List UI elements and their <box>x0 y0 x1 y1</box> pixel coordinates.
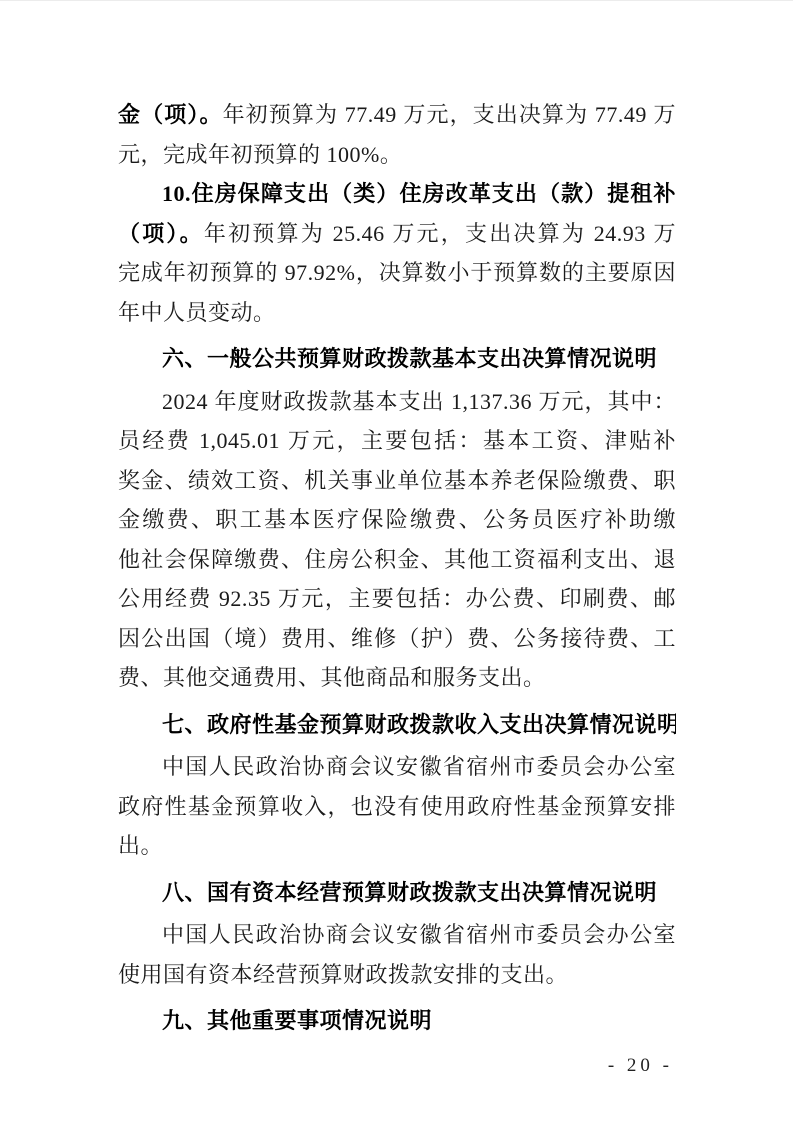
text-run: 奖金、绩效工资、机关事业单位基本养老保险缴费、职业年 <box>118 468 676 501</box>
text-line: 金（项）。年初预算为 77.49 万元，支出决算为 77.49 万 <box>118 95 676 135</box>
text-run: 中国人民政治协商会议安徽省宿州市委员会办公室没有 <box>162 754 676 787</box>
section-heading: 七、政府性基金预算财政拨款收入支出决算情况说明 <box>118 705 676 745</box>
page-number: - 20 - <box>608 1054 673 1078</box>
text-run: 2024 年度财政拨款基本支出 1,137.36 万元，其中：人 <box>162 389 676 422</box>
section-heading: 八、国有资本经营预算财政拨款支出决算情况说明 <box>118 873 676 913</box>
text-line: 因公出国（境）费用、维修（护）费、公务接待费、工会经 <box>118 619 676 659</box>
text-run: 政府性基金预算收入，也没有使用政府性基金预算安排的支 <box>118 794 676 827</box>
text-run: 年初预算为 77.49 万元，支出决算为 77.49 万 <box>223 102 676 127</box>
bold-text-run: （项）。 <box>118 221 204 246</box>
text-run: 元，完成年初预算的 100%。 <box>118 142 402 167</box>
text-run: 金缴费、职工基本医疗保险缴费、公务员医疗补助缴费、其 <box>118 507 676 540</box>
text-line: 费、其他交通费用、其他商品和服务支出。 <box>118 658 676 698</box>
text-line: 年中人员变动。 <box>118 293 676 333</box>
text-line: 完成年初预算的 97.92%，决算数小于预算数的主要原因是： <box>118 253 676 293</box>
text-run: 费、其他交通费用、其他商品和服务支出。 <box>118 665 546 690</box>
text-line: 金缴费、职工基本医疗保险缴费、公务员医疗补助缴费、其 <box>118 500 676 540</box>
text-line: 公用经费 92.35 万元，主要包括：办公费、印刷费、邮电费、 <box>118 579 676 619</box>
text-line: 他社会保障缴费、住房公积金、其他工资福利支出、退休费； <box>118 540 676 580</box>
text-run: 使用国有资本经营预算财政拨款安排的支出。 <box>118 962 568 987</box>
text-line: 中国人民政治协商会议安徽省宿州市委员会办公室没有 <box>118 747 676 787</box>
text-line: 中国人民政治协商会议安徽省宿州市委员会办公室没有 <box>118 915 676 955</box>
text-line: 10.住房保障支出（类）住房改革支出（款）提租补贴 <box>118 174 676 214</box>
bold-text-run: 10.住房保障支出（类）住房改革支出（款）提租补贴 <box>162 181 676 214</box>
text-line: 出。 <box>118 826 676 866</box>
text-run: 出。 <box>118 833 163 858</box>
text-run: 员经费 1,045.01 万元，主要包括：基本工资、津贴补贴、 <box>118 428 676 461</box>
text-run: 中国人民政治协商会议安徽省宿州市委员会办公室没有 <box>162 922 676 955</box>
text-line: 政府性基金预算收入，也没有使用政府性基金预算安排的支 <box>118 787 676 827</box>
bold-text-run: 金（项）。 <box>118 102 223 127</box>
text-line: 2024 年度财政拨款基本支出 1,137.36 万元，其中：人 <box>118 382 676 422</box>
section-heading: 九、其他重要事项情况说明 <box>118 1001 676 1041</box>
text-run: 完成年初预算的 97.92%，决算数小于预算数的主要原因是： <box>118 260 676 293</box>
text-run: 年中人员变动。 <box>118 300 276 325</box>
text-line: 使用国有资本经营预算财政拨款安排的支出。 <box>118 955 676 995</box>
text-line: 元，完成年初预算的 100%。 <box>118 135 676 175</box>
text-line: （项）。年初预算为 25.46 万元，支出决算为 24.93 万元， <box>118 214 676 254</box>
document-body: 金（项）。年初预算为 77.49 万元，支出决算为 77.49 万元，完成年初预… <box>118 95 676 1044</box>
text-line: 员经费 1,045.01 万元，主要包括：基本工资、津贴补贴、 <box>118 421 676 461</box>
text-run: 公用经费 92.35 万元，主要包括：办公费、印刷费、邮电费、 <box>118 586 676 619</box>
text-run: 他社会保障缴费、住房公积金、其他工资福利支出、退休费； <box>118 547 676 580</box>
text-run: 因公出国（境）费用、维修（护）费、公务接待费、工会经 <box>118 626 676 659</box>
document-page: 金（项）。年初预算为 77.49 万元，支出决算为 77.49 万元，完成年初预… <box>0 0 793 1122</box>
text-line: 奖金、绩效工资、机关事业单位基本养老保险缴费、职业年 <box>118 461 676 501</box>
section-heading: 六、一般公共预算财政拨款基本支出决算情况说明 <box>118 339 676 379</box>
